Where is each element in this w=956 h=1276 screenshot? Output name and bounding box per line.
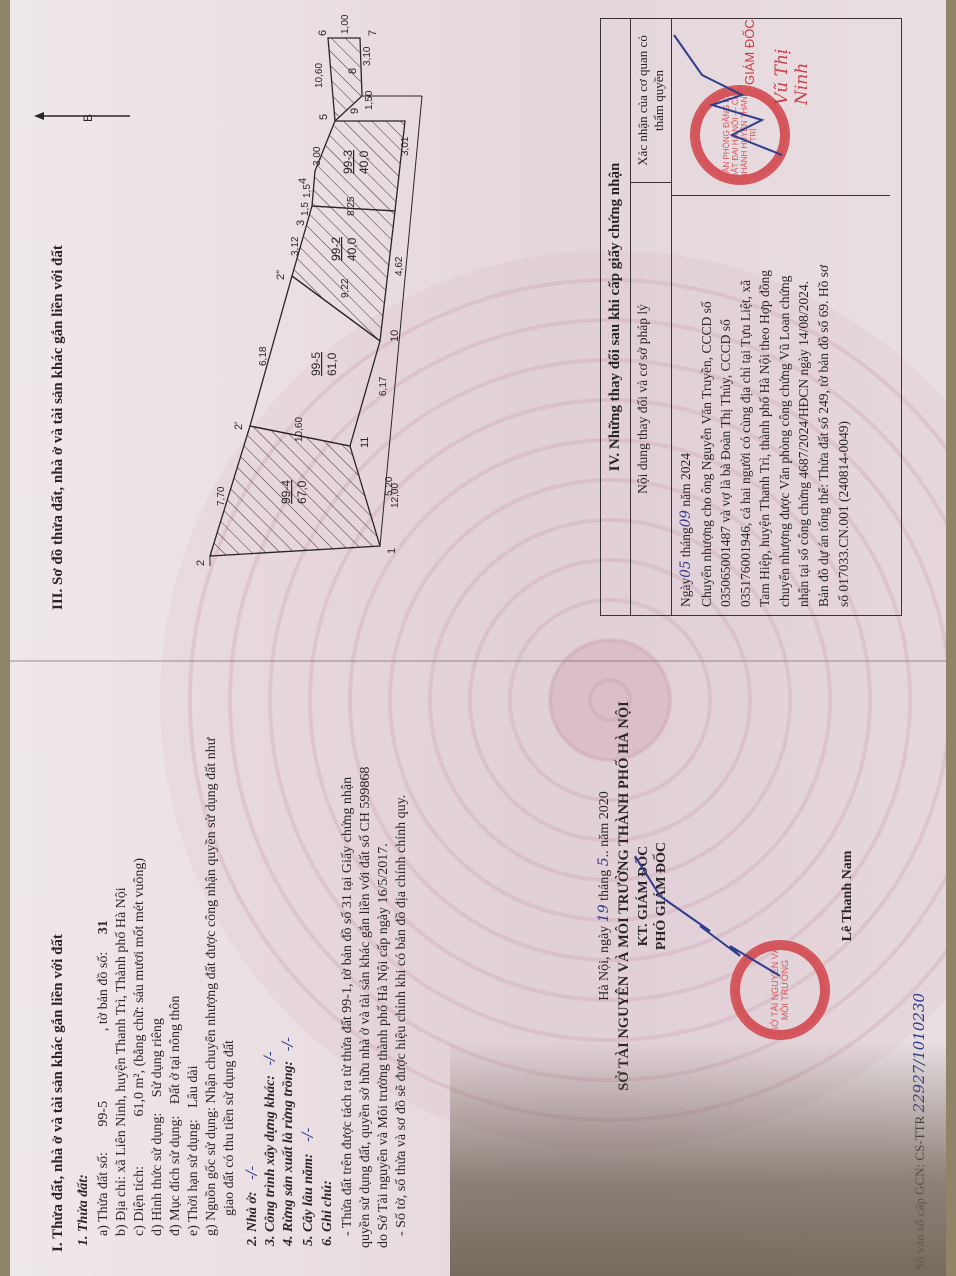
approver-name: Vũ Thị Ninh	[772, 19, 812, 105]
changes-table: IV. Những thay đổi sau khi cấp giấy chứn…	[600, 18, 902, 616]
svg-text:9: 9	[349, 108, 361, 114]
origin-label: g) Nguồn gốc sử dụng:	[204, 1107, 219, 1236]
address-row: b) Địa chỉ: xã Liên Ninh, huyện Thanh Tr…	[114, 887, 130, 1236]
note-line-3: do Sở Tài nguyên và Môi trường thành phố…	[376, 843, 392, 1248]
svg-text:5,20: 5,20	[384, 476, 395, 496]
svg-text:4: 4	[297, 178, 309, 184]
change-line: 035176001946, cả hai người có cùng địa c…	[736, 204, 756, 607]
svg-text:7,70: 7,70	[216, 486, 227, 506]
change-date-day: 05	[678, 561, 694, 578]
svg-text:2": 2"	[275, 270, 287, 280]
signature-scribble	[630, 846, 790, 986]
address-label: b) Địa chỉ:	[114, 1176, 129, 1236]
term-row: e) Thời hạn sử dụng: Lâu dài	[186, 1066, 202, 1236]
date-year: năm 2020	[597, 791, 612, 847]
parcel-area-99-4: 67,0	[295, 480, 309, 504]
parcel-99-2	[292, 206, 395, 341]
purpose-label: đ) Mục đích sử dụng:	[168, 1116, 183, 1236]
date-day: 19	[596, 904, 612, 922]
change-date-year: năm 2024	[678, 453, 693, 507]
changes-table-row: Ngày05 tháng09 năm 2024 Chuyển nhượng ch…	[672, 19, 890, 615]
approver-title: GIÁM ĐỐC	[742, 19, 757, 85]
parcel-number-value: 99-5	[96, 1035, 112, 1149]
change-line: số 017033.CN.001 (240814-0049)	[834, 204, 854, 607]
purpose-row: đ) Mục đích sử dụng: Đất ở tại nông thôn	[168, 996, 184, 1236]
north-label: B	[81, 114, 95, 122]
forest-label: 4. Rừng sản xuất là rừng trồng:	[281, 1061, 296, 1246]
area-row: c) Diện tích: 61,0 m², (bằng chữ: sáu mư…	[132, 858, 148, 1236]
construction-value: -/-	[262, 1051, 278, 1071]
svg-text:6,18: 6,18	[258, 346, 269, 366]
svg-text:1,50: 1,50	[364, 90, 375, 110]
change-date-prefix: Ngày	[678, 578, 693, 607]
origin-row: g) Nguồn gốc sử dụng: Nhận chuyển nhượng…	[204, 738, 220, 1236]
house-row: 2. Nhà ở: -/-	[244, 1166, 261, 1246]
change-content-cell: Ngày05 tháng09 năm 2024 Chuyển nhượng ch…	[672, 195, 890, 615]
signer-name: Lê Thanh Nam	[840, 816, 856, 976]
purpose-value: Đất ở tại nông thôn	[168, 996, 183, 1113]
perennial-label: 5. Cây lâu năm:	[301, 1153, 316, 1246]
parcel-id-99-4: 99-4	[279, 480, 293, 504]
svg-text:1,5: 1,5	[300, 202, 311, 216]
section3-title: III. Sơ đồ thửa đất, nhà ở và tài sản kh…	[50, 245, 67, 610]
month-label: tháng	[597, 870, 612, 901]
section1-title: I. Thửa đất, nhà ở và tài sản khác gắn l…	[50, 934, 67, 1252]
svg-text:1: 1	[386, 548, 398, 554]
parcel-number-label: a) Thửa đất số:	[96, 1152, 111, 1236]
area-label: c) Diện tích:	[132, 1166, 147, 1236]
photo-shadow	[450, 1040, 946, 1276]
svg-text:2: 2	[195, 560, 207, 566]
notes-label: 6. Ghi chú:	[320, 1180, 336, 1246]
term-label: e) Thời hạn sử dụng:	[186, 1119, 201, 1236]
change-line: Bản đồ dự án tổng thể: Thửa đất số 249, …	[814, 204, 834, 607]
header-change-content: Nội dung thay đổi và cơ sở pháp lý	[631, 182, 671, 615]
perennial-value: -/-	[300, 1128, 316, 1150]
svg-text:7: 7	[367, 30, 379, 36]
svg-text:8,25: 8,25	[346, 196, 357, 216]
svg-text:11: 11	[359, 437, 371, 448]
svg-text:3,00: 3,00	[312, 146, 323, 166]
parcel-area-99-2: 40,0	[345, 237, 359, 261]
origin-value-2: giao đất có thu tiền sử dụng đất	[222, 1040, 238, 1216]
svg-text:6: 6	[317, 30, 329, 36]
parcel-id-99-2: 99-2	[329, 237, 343, 261]
map-sheet-value: 31	[96, 920, 111, 948]
parcel-diagram: 2 1 2' 2" 3 4 5 6 7 8 9 10 11 12,00 7,70…	[180, 6, 480, 566]
term-value: Lâu dài	[186, 1066, 201, 1116]
construction-label: 3. Công trình xây dựng khác:	[263, 1075, 278, 1246]
construction-row: 3. Công trình xây dựng khác: -/-	[262, 1051, 279, 1246]
house-label: 2. Nhà ở:	[245, 1191, 260, 1246]
usage-form-value: Sử dụng riêng	[150, 1018, 165, 1109]
map-sheet-label: , tờ bản đồ số:	[96, 952, 111, 1031]
svg-text:4,62: 4,62	[394, 256, 405, 276]
change-date: Ngày05 tháng09 năm 2024	[676, 204, 697, 607]
page-right: III. Sơ đồ thửa đất, nhà ở và tài sản kh…	[10, 0, 946, 636]
svg-text:3,12: 3,12	[290, 236, 301, 256]
north-arrow-icon: B	[30, 96, 140, 136]
certificate-paper: I. Thửa đất, nhà ở và tài sản khác gắn l…	[10, 0, 946, 1276]
forest-row: 4. Rừng sản xuất là rừng trồng: -/-	[280, 1037, 297, 1246]
svg-text:6,17: 6,17	[378, 376, 389, 396]
change-line: 035065001487 và vợ là bà Đoàn Thị Thủy, …	[716, 204, 736, 607]
forest-value: -/-	[280, 1037, 296, 1057]
house-value: -/-	[244, 1166, 260, 1188]
note-line-2: quyền sử dụng đất, quyền sở hữu nhà ở và…	[358, 767, 374, 1248]
note-line-1: - Thửa đất trên được tách ra từ thửa đất…	[340, 777, 356, 1236]
svg-text:1,5: 1,5	[302, 184, 313, 198]
item1-label: 1. Thửa đất:	[76, 1174, 92, 1246]
svg-text:10: 10	[389, 330, 401, 342]
svg-text:2': 2'	[233, 422, 245, 430]
changes-table-header: Nội dung thay đổi và cơ sở pháp lý Xác n…	[631, 19, 672, 615]
change-date-month: 09	[678, 510, 694, 527]
svg-text:10,60: 10,60	[294, 417, 305, 442]
change-month-label: tháng	[678, 527, 693, 557]
parcel-area-99-3: 40,0	[357, 150, 371, 174]
svg-text:1,00: 1,00	[340, 14, 351, 34]
origin-value-1: Nhận chuyển nhượng đất được công nhận qu…	[204, 738, 219, 1104]
date-prefix: Hà Nội, ngày	[597, 926, 612, 1001]
change-line: Chuyển nhượng cho ông Nguyễn Văn Truyền,…	[697, 204, 717, 607]
change-line: Tam Hiệp, huyện Thanh Trì, thành phố Hà …	[755, 204, 775, 607]
parcel-area-99-5: 61,0	[325, 352, 339, 376]
area-value: 61,0 m², (bằng chữ: sáu mươi mốt mét vuô…	[132, 858, 147, 1163]
authority-confirmation-cell: VĂN PHÒNG ĐĂNG KÝ ĐẤT ĐAI HÀ NỘI — CHI N…	[672, 19, 890, 195]
parcel-id-99-5: 99-5	[309, 352, 323, 376]
usage-form-label: d) Hình thức sử dụng:	[150, 1113, 165, 1236]
svg-text:9,22: 9,22	[340, 278, 351, 298]
usage-form-row: d) Hình thức sử dụng: Sử dụng riêng	[150, 1018, 166, 1236]
parcel-id-99-3: 99-3	[341, 150, 355, 174]
svg-text:3,01: 3,01	[400, 136, 411, 156]
svg-text:8: 8	[347, 68, 359, 74]
change-line: chuyển nhượng được Văn phòng công chứng …	[775, 204, 795, 607]
section4-title: IV. Những thay đổi sau khi cấp giấy chứn…	[601, 19, 631, 615]
perennial-row: 5. Cây lâu năm: -/-	[300, 1128, 317, 1246]
date-month: 5	[596, 857, 612, 866]
svg-text:5: 5	[318, 114, 330, 120]
parcel-number-row: a) Thửa đất số: 99-5 , tờ bản đồ số: 31	[96, 920, 112, 1236]
header-authority-confirmation: Xác nhận của cơ quan có thẩm quyền	[631, 19, 671, 182]
svg-text:10,60: 10,60	[314, 63, 325, 88]
svg-text:3: 3	[295, 220, 307, 226]
note-line-4: - Số tờ, số thửa và sơ đồ sẽ được hiệu c…	[394, 795, 410, 1236]
address-value: xã Liên Ninh, huyện Thanh Trì, Thành phố…	[114, 887, 129, 1172]
svg-text:3,10: 3,10	[362, 46, 373, 66]
change-line: nhận tại số công chứng 4687/2024/HĐCN ng…	[794, 204, 814, 607]
